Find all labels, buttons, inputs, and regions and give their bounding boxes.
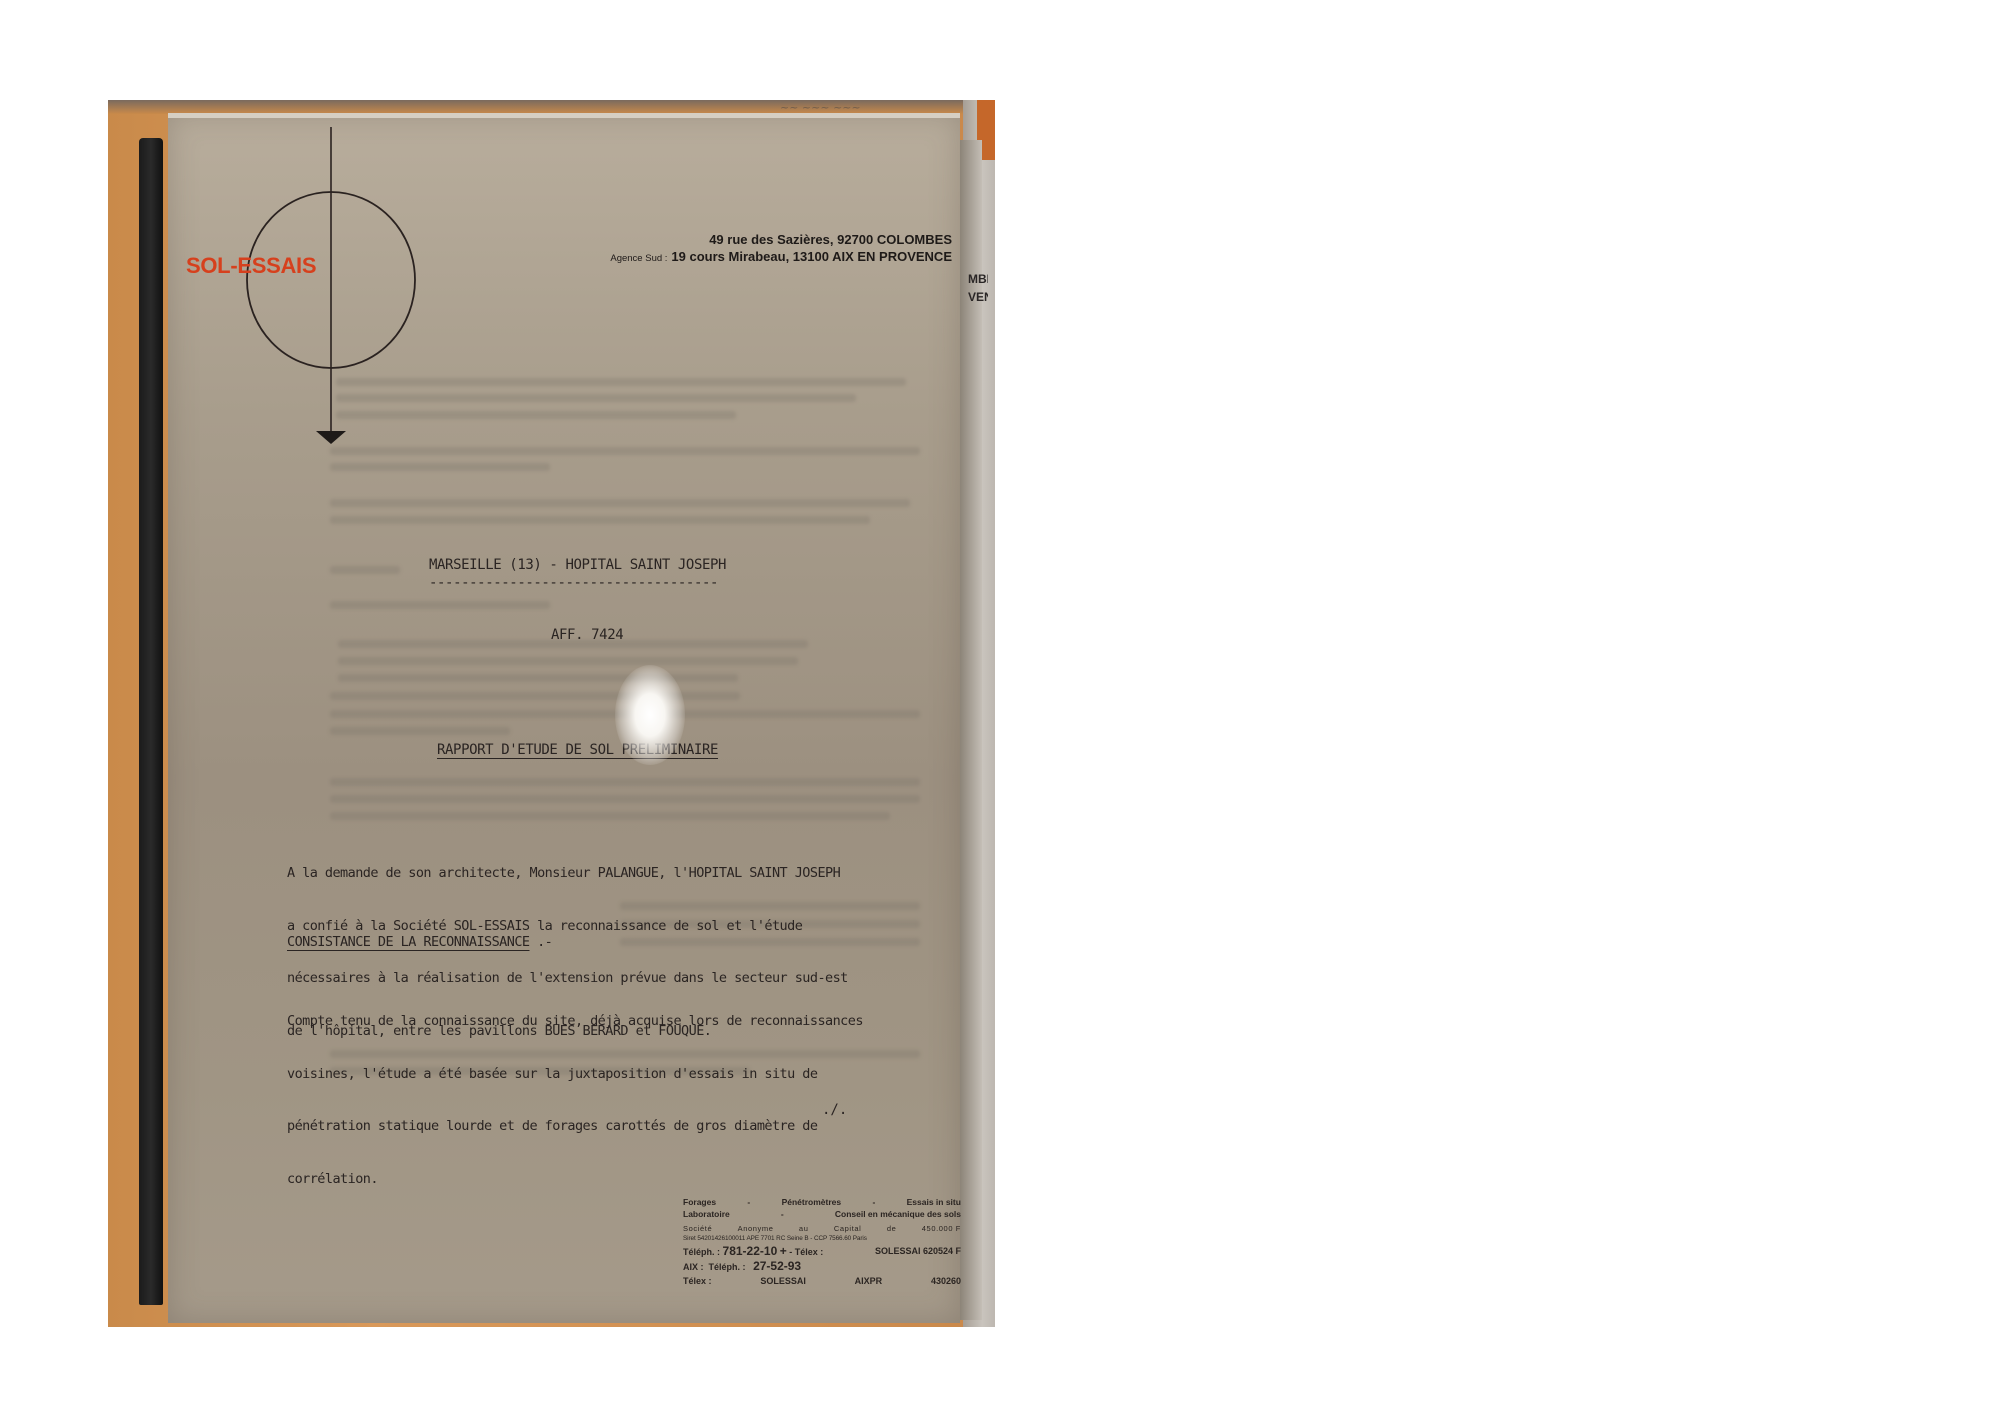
footer-phone-telex: Téléph. : 781-22-10 + - Télex : SOLESSAI… <box>683 1244 961 1259</box>
company-footer: Forages - Pénétromètres - Essais in situ… <box>683 1196 961 1288</box>
footer-aix-telex: Télex : SOLESSAI AIXPR 430260 <box>683 1274 961 1288</box>
branch-address: Agence Sud :19 cours Mirabeau, 13100 AIX… <box>610 249 952 264</box>
light-glare <box>615 665 685 765</box>
footer-registration: Siret 54201426100011 APE 7701 RC Seine B… <box>683 1234 961 1244</box>
continuation-mark: ./. <box>822 1102 847 1118</box>
reference-number: AFF. 7424 <box>551 627 623 643</box>
consistance-paragraph: Compte tenu de la connaissance du site, … <box>287 978 863 1206</box>
brand-logo-text: SOL-ESSAIS <box>186 253 316 279</box>
footer-company-capital: Société Anonyme au Capital de 450.000 F <box>683 1223 961 1234</box>
footer-services-2: Laboratoire - Conseil en mécanique des s… <box>683 1208 961 1220</box>
document-title: MARSEILLE (13) - HOPITAL SAINT JOSEPH <box>429 557 726 573</box>
section-heading: CONSISTANCE DE LA RECONNAISSANCE .- <box>287 934 552 950</box>
branch-address-value: 19 cours Mirabeau, 13100 AIX EN PROVENCE <box>671 249 952 264</box>
branch-label: Agence Sud : <box>610 253 667 264</box>
title-underline: ------------------------------------ <box>429 575 718 591</box>
footer-services-1: Forages - Pénétromètres - Essais in situ <box>683 1196 961 1208</box>
footer-aix-phone: AIX : Téléph. : 27-52-93 <box>683 1259 961 1274</box>
head-office-address: 49 rue des Sazières, 92700 COLOMBES <box>709 232 952 247</box>
